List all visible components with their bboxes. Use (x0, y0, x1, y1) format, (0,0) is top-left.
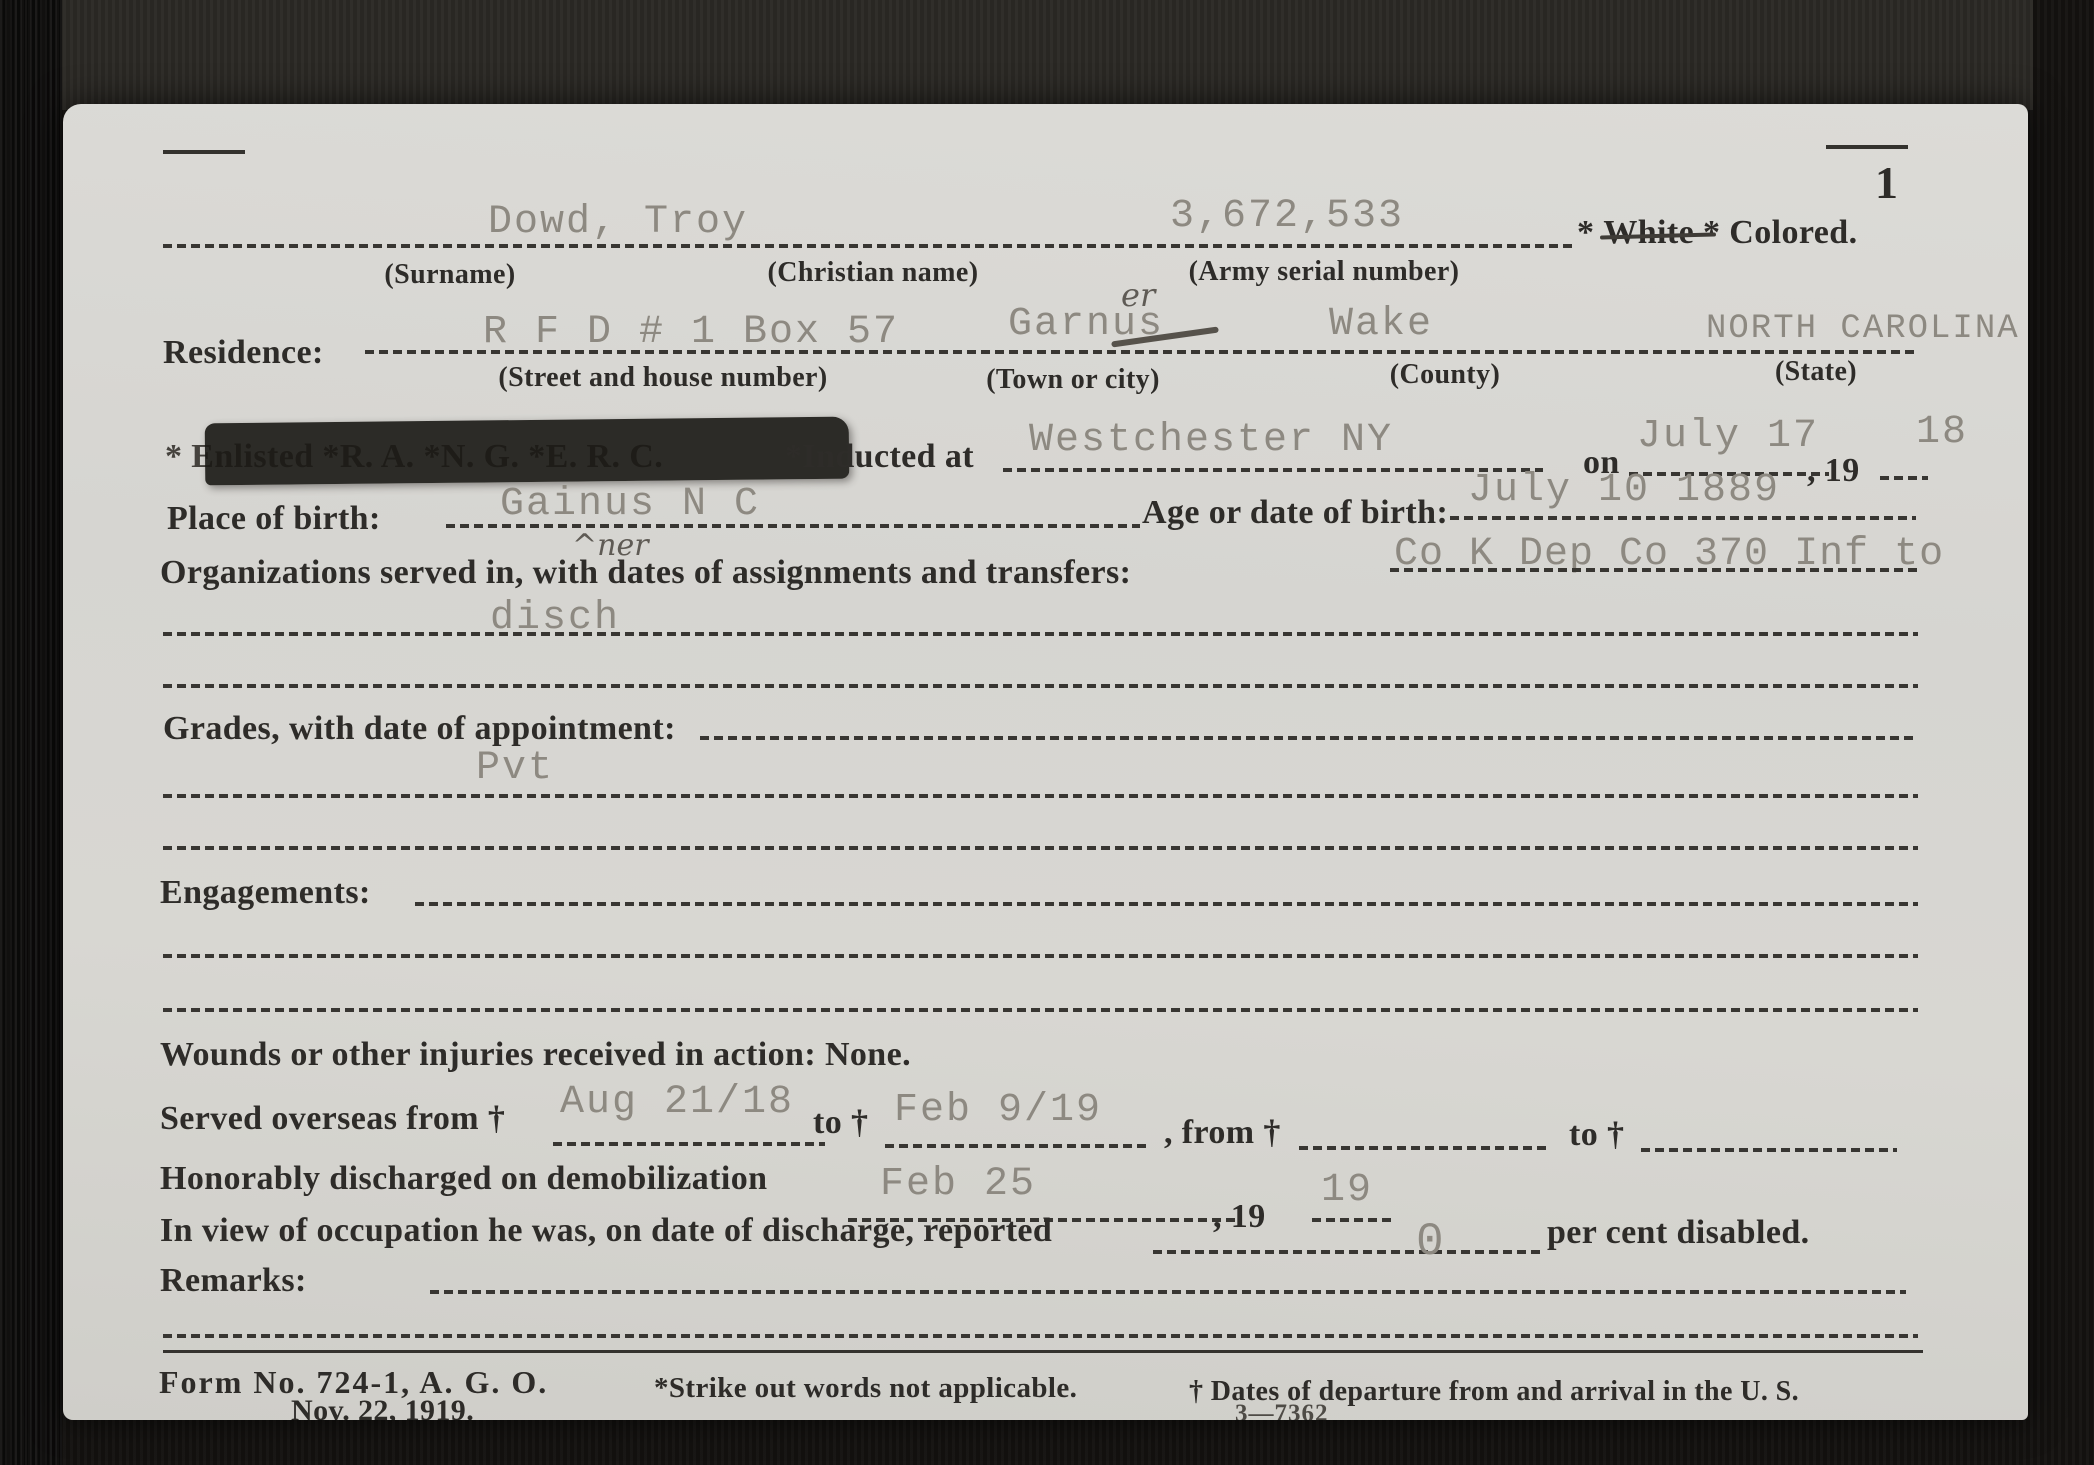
top-left-mark (163, 150, 245, 154)
name-dotted-rule (163, 244, 1577, 248)
discharge-year-value: 19 (1321, 1168, 1373, 1213)
soldier-name-value: Dowd, Troy (488, 200, 748, 245)
scanner-backdrop-top (58, 0, 2033, 110)
induction-year-dotted-rule (1880, 476, 1928, 480)
birth-place-value: Gainus N C (500, 482, 760, 527)
wounds-label: Wounds or other injuries received in act… (160, 1036, 911, 1074)
race-star: * (1577, 214, 1594, 251)
age-value: July 10 1889 (1468, 468, 1780, 513)
redaction-mark (205, 417, 850, 486)
disabled-suffix-label: per cent disabled. (1547, 1214, 1810, 1252)
age-label: Age or date of birth: (1142, 494, 1448, 532)
discharge-date-value: Feb 25 (880, 1162, 1036, 1207)
army-serial-value: 3,672,533 (1170, 194, 1404, 239)
age-dotted-rule (1450, 516, 1916, 520)
overseas-dotted-rule-4 (1641, 1148, 1897, 1152)
footer-solid-rule (163, 1350, 1923, 1353)
town-label: (Town or city) (933, 364, 1213, 396)
residence-dotted-rule (365, 350, 1917, 354)
birth-place-label: Place of birth: (167, 500, 381, 538)
strike-out-footnote: *Strike out words not applicable. (654, 1372, 1077, 1405)
discharge-label: Honorably discharged on demobilization (160, 1160, 767, 1198)
state-value: NORTH CAROLINA (1706, 310, 2020, 348)
christian-name-label: (Christian name) (713, 257, 1033, 289)
grades-value: Pvt (476, 746, 554, 791)
page-number: 1 (1875, 156, 1898, 209)
overseas-from-label-2: , from † (1164, 1114, 1281, 1152)
remarks-dotted-rule-1 (430, 1290, 1906, 1294)
induction-place-value: Westchester NY (1029, 418, 1393, 463)
induction-year-label: , 19 (1807, 452, 1860, 490)
organizations-dotted-rule-3 (163, 684, 1918, 688)
grades-label: Grades, with date of appointment: (163, 710, 676, 748)
induction-place-dotted-rule (1003, 468, 1543, 472)
engagements-dotted-rule-1 (415, 902, 1918, 906)
race-white-option-struck: White (1603, 214, 1694, 252)
engagements-label: Engagements: (160, 874, 371, 912)
residence-label: Residence: (163, 334, 324, 372)
street-value: R F D # 1 Box 57 (483, 310, 899, 355)
form-date: Nov. 22, 1919. (291, 1394, 474, 1420)
engagements-dotted-rule-2 (163, 954, 1918, 958)
print-code: 3—7362 (1235, 1400, 1329, 1420)
organizations-label: Organizations served in, with dates of a… (160, 554, 1131, 592)
county-label: (County) (1335, 359, 1555, 391)
remarks-dotted-rule-2 (163, 1334, 1918, 1338)
induction-year-value: 18 (1916, 410, 1968, 455)
race-colored-option: * Colored. (1703, 214, 1857, 251)
overseas-to-label-1: to † (813, 1104, 868, 1142)
street-label: (Street and house number) (438, 362, 888, 394)
grades-dotted-rule-1 (700, 736, 1918, 740)
town-correction-handwriting: er (1121, 276, 1155, 314)
birth-place-dotted-rule (446, 524, 1140, 528)
induction-date-value: July 17 (1637, 414, 1819, 459)
book-binding-edge (0, 0, 62, 1465)
grades-dotted-rule-2 (163, 794, 1918, 798)
disabled-label: In view of occupation he was, on date of… (160, 1212, 1052, 1250)
disabled-dotted-rule (1153, 1250, 1543, 1254)
overseas-to-value-1: Feb 9/19 (894, 1088, 1102, 1133)
page-number-rule (1826, 145, 1908, 149)
inducted-at-label: *Inducted at (785, 438, 974, 476)
state-label: (State) (1711, 356, 1921, 388)
overseas-to-label-2: to † (1569, 1116, 1624, 1154)
grades-dotted-rule-3 (163, 846, 1918, 850)
overseas-dotted-rule-1 (553, 1142, 825, 1146)
engagements-dotted-rule-3 (163, 1008, 1918, 1012)
surname-label: (Surname) (300, 259, 600, 291)
overseas-dotted-rule-2 (885, 1144, 1147, 1148)
remarks-label: Remarks: (160, 1262, 307, 1300)
organizations-dotted-rule-2 (163, 632, 1918, 636)
overseas-from-value-1: Aug 21/18 (560, 1080, 794, 1125)
county-value: Wake (1329, 302, 1433, 347)
organizations-dotted-rule-1 (1390, 568, 1918, 572)
serial-number-label: (Army serial number) (1144, 256, 1504, 288)
overseas-label: Served overseas from † (160, 1100, 505, 1138)
discharge-dotted-rule-2 (1312, 1218, 1394, 1222)
service-record-card: 1 Dowd, Troy 3,672,533 * White * Colored… (63, 104, 2028, 1420)
discharge-year-label: , 19 (1213, 1198, 1266, 1236)
race-options: * White * Colored. (1577, 214, 1857, 252)
disabled-value: 0 (1416, 1216, 1446, 1268)
overseas-dotted-rule-3 (1299, 1146, 1551, 1150)
